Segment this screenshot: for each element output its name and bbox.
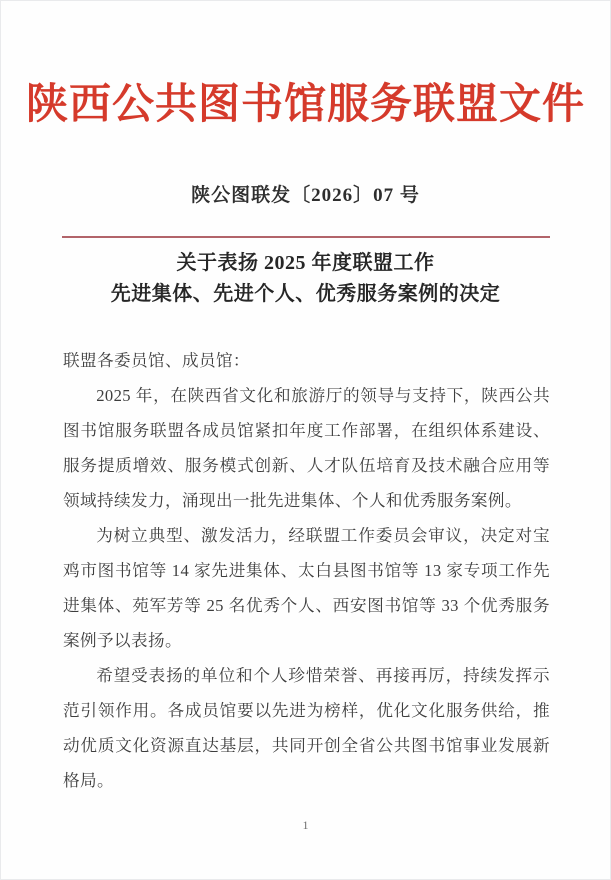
doc-title-line2: 先进集体、先进个人、优秀服务案例的决定	[0, 279, 611, 310]
doc-title: 关于表扬 2025 年度联盟工作 先进集体、先进个人、优秀服务案例的决定	[0, 248, 611, 310]
document-page: 陕西公共图书馆服务联盟文件 陕公图联发〔2026〕07 号 关于表扬 2025 …	[0, 0, 611, 880]
salutation: 联盟各委员馆、成员馆：	[63, 343, 550, 378]
body-paragraph-3: 希望受表扬的单位和个人珍惜荣誉、再接再厉，持续发挥示范引领作用。各成员馆要以先进…	[63, 658, 550, 798]
doc-body: 联盟各委员馆、成员馆： 2025 年，在陕西省文化和旅游厅的领导与支持下，陕西公…	[63, 343, 550, 798]
letterhead-title: 陕西公共图书馆服务联盟文件	[0, 80, 611, 130]
body-paragraph-2: 为树立典型、激发活力，经联盟工作委员会审议，决定对宝鸡市图书馆等 14 家先进集…	[63, 518, 550, 658]
red-divider-line	[62, 236, 550, 238]
page-number: 1	[0, 818, 611, 833]
doc-title-line1: 关于表扬 2025 年度联盟工作	[0, 248, 611, 279]
body-paragraph-1: 2025 年，在陕西省文化和旅游厅的领导与支持下，陕西公共图书馆服务联盟各成员馆…	[63, 378, 550, 518]
doc-number: 陕公图联发〔2026〕07 号	[0, 180, 611, 207]
